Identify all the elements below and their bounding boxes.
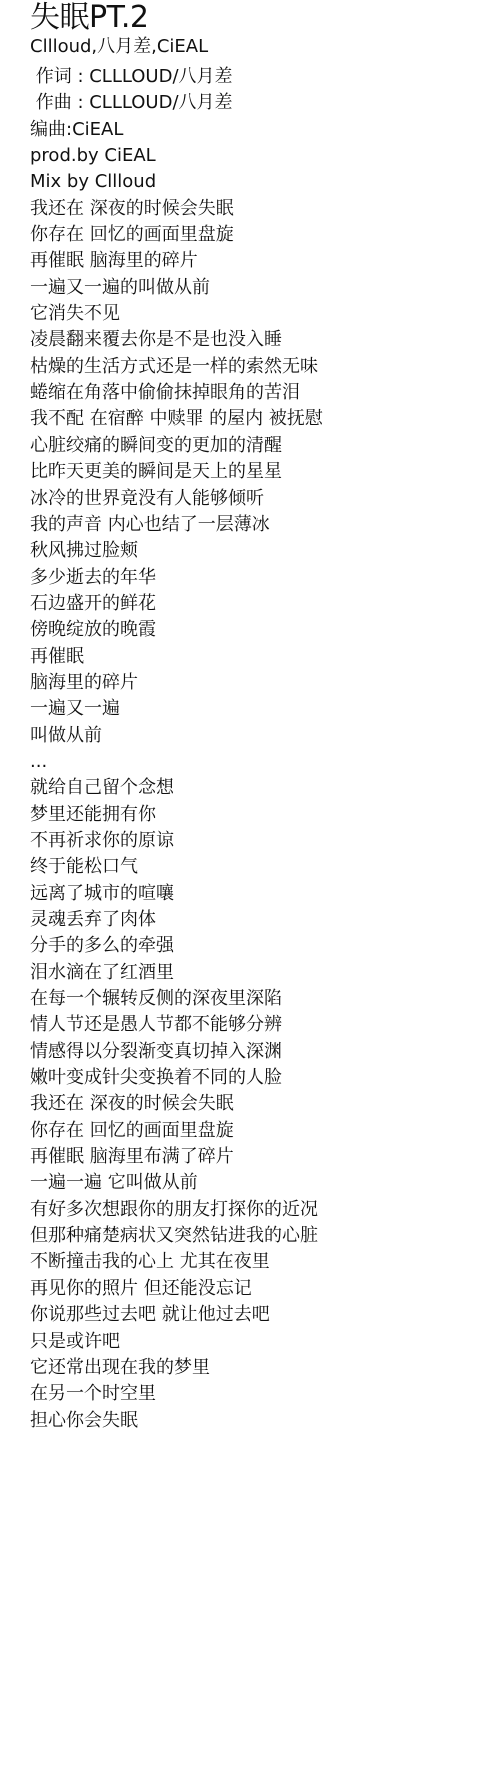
lyric-line: prod.by CiEAL — [30, 143, 500, 169]
lyric-line: 一遍一遍 它叫做从前 — [30, 1170, 500, 1196]
lyric-line: 作曲 : CLLLOUD/八月差 — [30, 90, 500, 116]
lyric-line: 分手的多么的牵强 — [30, 933, 500, 959]
lyric-line: 枯燥的生活方式还是一样的索然无味 — [30, 354, 500, 380]
lyric-line: 叫做从前 — [30, 723, 500, 749]
lyric-line: 有好多次想跟你的朋友打探你的近况 — [30, 1197, 500, 1223]
lyric-line: 再见你的照片 但还能没忘记 — [30, 1276, 500, 1302]
lyric-line: 编曲:CiEAL — [30, 117, 500, 143]
lyric-line: 灵魂丢弃了肉体 — [30, 907, 500, 933]
lyric-line: 再催眠 — [30, 644, 500, 670]
lyric-line: Mix by Cllloud — [30, 169, 500, 195]
lyric-line: 再催眠 脑海里布满了碎片 — [30, 1144, 500, 1170]
lyric-line: 它还常出现在我的梦里 — [30, 1355, 500, 1381]
lyric-line: 心脏绞痛的瞬间变的更加的清醒 — [30, 433, 500, 459]
lyric-line: 傍晚绽放的晚霞 — [30, 617, 500, 643]
lyric-line: 只是或许吧 — [30, 1329, 500, 1355]
lyric-line: 多少逝去的年华 — [30, 565, 500, 591]
lyric-line: 它消失不见 — [30, 301, 500, 327]
lyric-line: 远离了城市的喧嚷 — [30, 881, 500, 907]
lyric-line: 情人节还是愚人节都不能够分辨 — [30, 1012, 500, 1038]
lyric-line: 我还在 深夜的时候会失眠 — [30, 1091, 500, 1117]
lyric-line: 凌晨翻来覆去你是不是也没入睡 — [30, 327, 500, 353]
lyric-line: 比昨天更美的瞬间是天上的星星 — [30, 459, 500, 485]
lyric-line: 泪水滴在了红酒里 — [30, 960, 500, 986]
lyric-line: 终于能松口气 — [30, 854, 500, 880]
lyric-line: 我不配 在宿醉 中赎罪 的屋内 被抚慰 — [30, 406, 500, 432]
lyric-line: 石边盛开的鲜花 — [30, 591, 500, 617]
lyric-line: 在另一个时空里 — [30, 1381, 500, 1407]
lyric-line: 冰冷的世界竟没有人能够倾听 — [30, 486, 500, 512]
lyric-line: 你存在 回忆的画面里盘旋 — [30, 1118, 500, 1144]
lyric-line: 不再祈求你的原谅 — [30, 828, 500, 854]
lyric-line: 嫩叶变成针尖变换着不同的人脸 — [30, 1065, 500, 1091]
lyric-line: 蜷缩在角落中偷偷抹掉眼角的苦泪 — [30, 380, 500, 406]
lyric-line: ... — [30, 749, 500, 775]
lyric-line: 梦里还能拥有你 — [30, 802, 500, 828]
lyric-line: 就给自己留个念想 — [30, 775, 500, 801]
lyric-line: 作词 : CLLLOUD/八月差 — [30, 64, 500, 90]
lyric-line: 担心你会失眠 — [30, 1408, 500, 1434]
lyric-line: 脑海里的碎片 — [30, 670, 500, 696]
lyric-line: 在每一个辗转反侧的深夜里深陷 — [30, 986, 500, 1012]
lyric-line: 你说那些过去吧 就让他过去吧 — [30, 1302, 500, 1328]
song-title: 失眠PT.2 — [30, 0, 500, 36]
lyric-line: 但那种痛楚病状又突然钻进我的心脏 — [30, 1223, 500, 1249]
lyric-line: 秋风拂过脸颊 — [30, 538, 500, 564]
lyrics-list: 作词 : CLLLOUD/八月差 作曲 : CLLLOUD/八月差编曲:CiEA… — [30, 64, 500, 1434]
lyric-line: 我还在 深夜的时候会失眠 — [30, 196, 500, 222]
lyric-line: 我的声音 内心也结了一层薄冰 — [30, 512, 500, 538]
lyrics-page: 失眠PT.2 Cllloud,八月差,CiEAL 作词 : CLLLOUD/八月… — [0, 0, 500, 1434]
lyric-line: 情感得以分裂渐变真切掉入深渊 — [30, 1039, 500, 1065]
lyric-line: 不断撞击我的心上 尤其在夜里 — [30, 1249, 500, 1275]
song-artists: Cllloud,八月差,CiEAL — [30, 36, 500, 58]
lyric-line: 一遍又一遍的叫做从前 — [30, 275, 500, 301]
lyric-line: 再催眠 脑海里的碎片 — [30, 248, 500, 274]
lyric-line: 你存在 回忆的画面里盘旋 — [30, 222, 500, 248]
lyric-line: 一遍又一遍 — [30, 696, 500, 722]
